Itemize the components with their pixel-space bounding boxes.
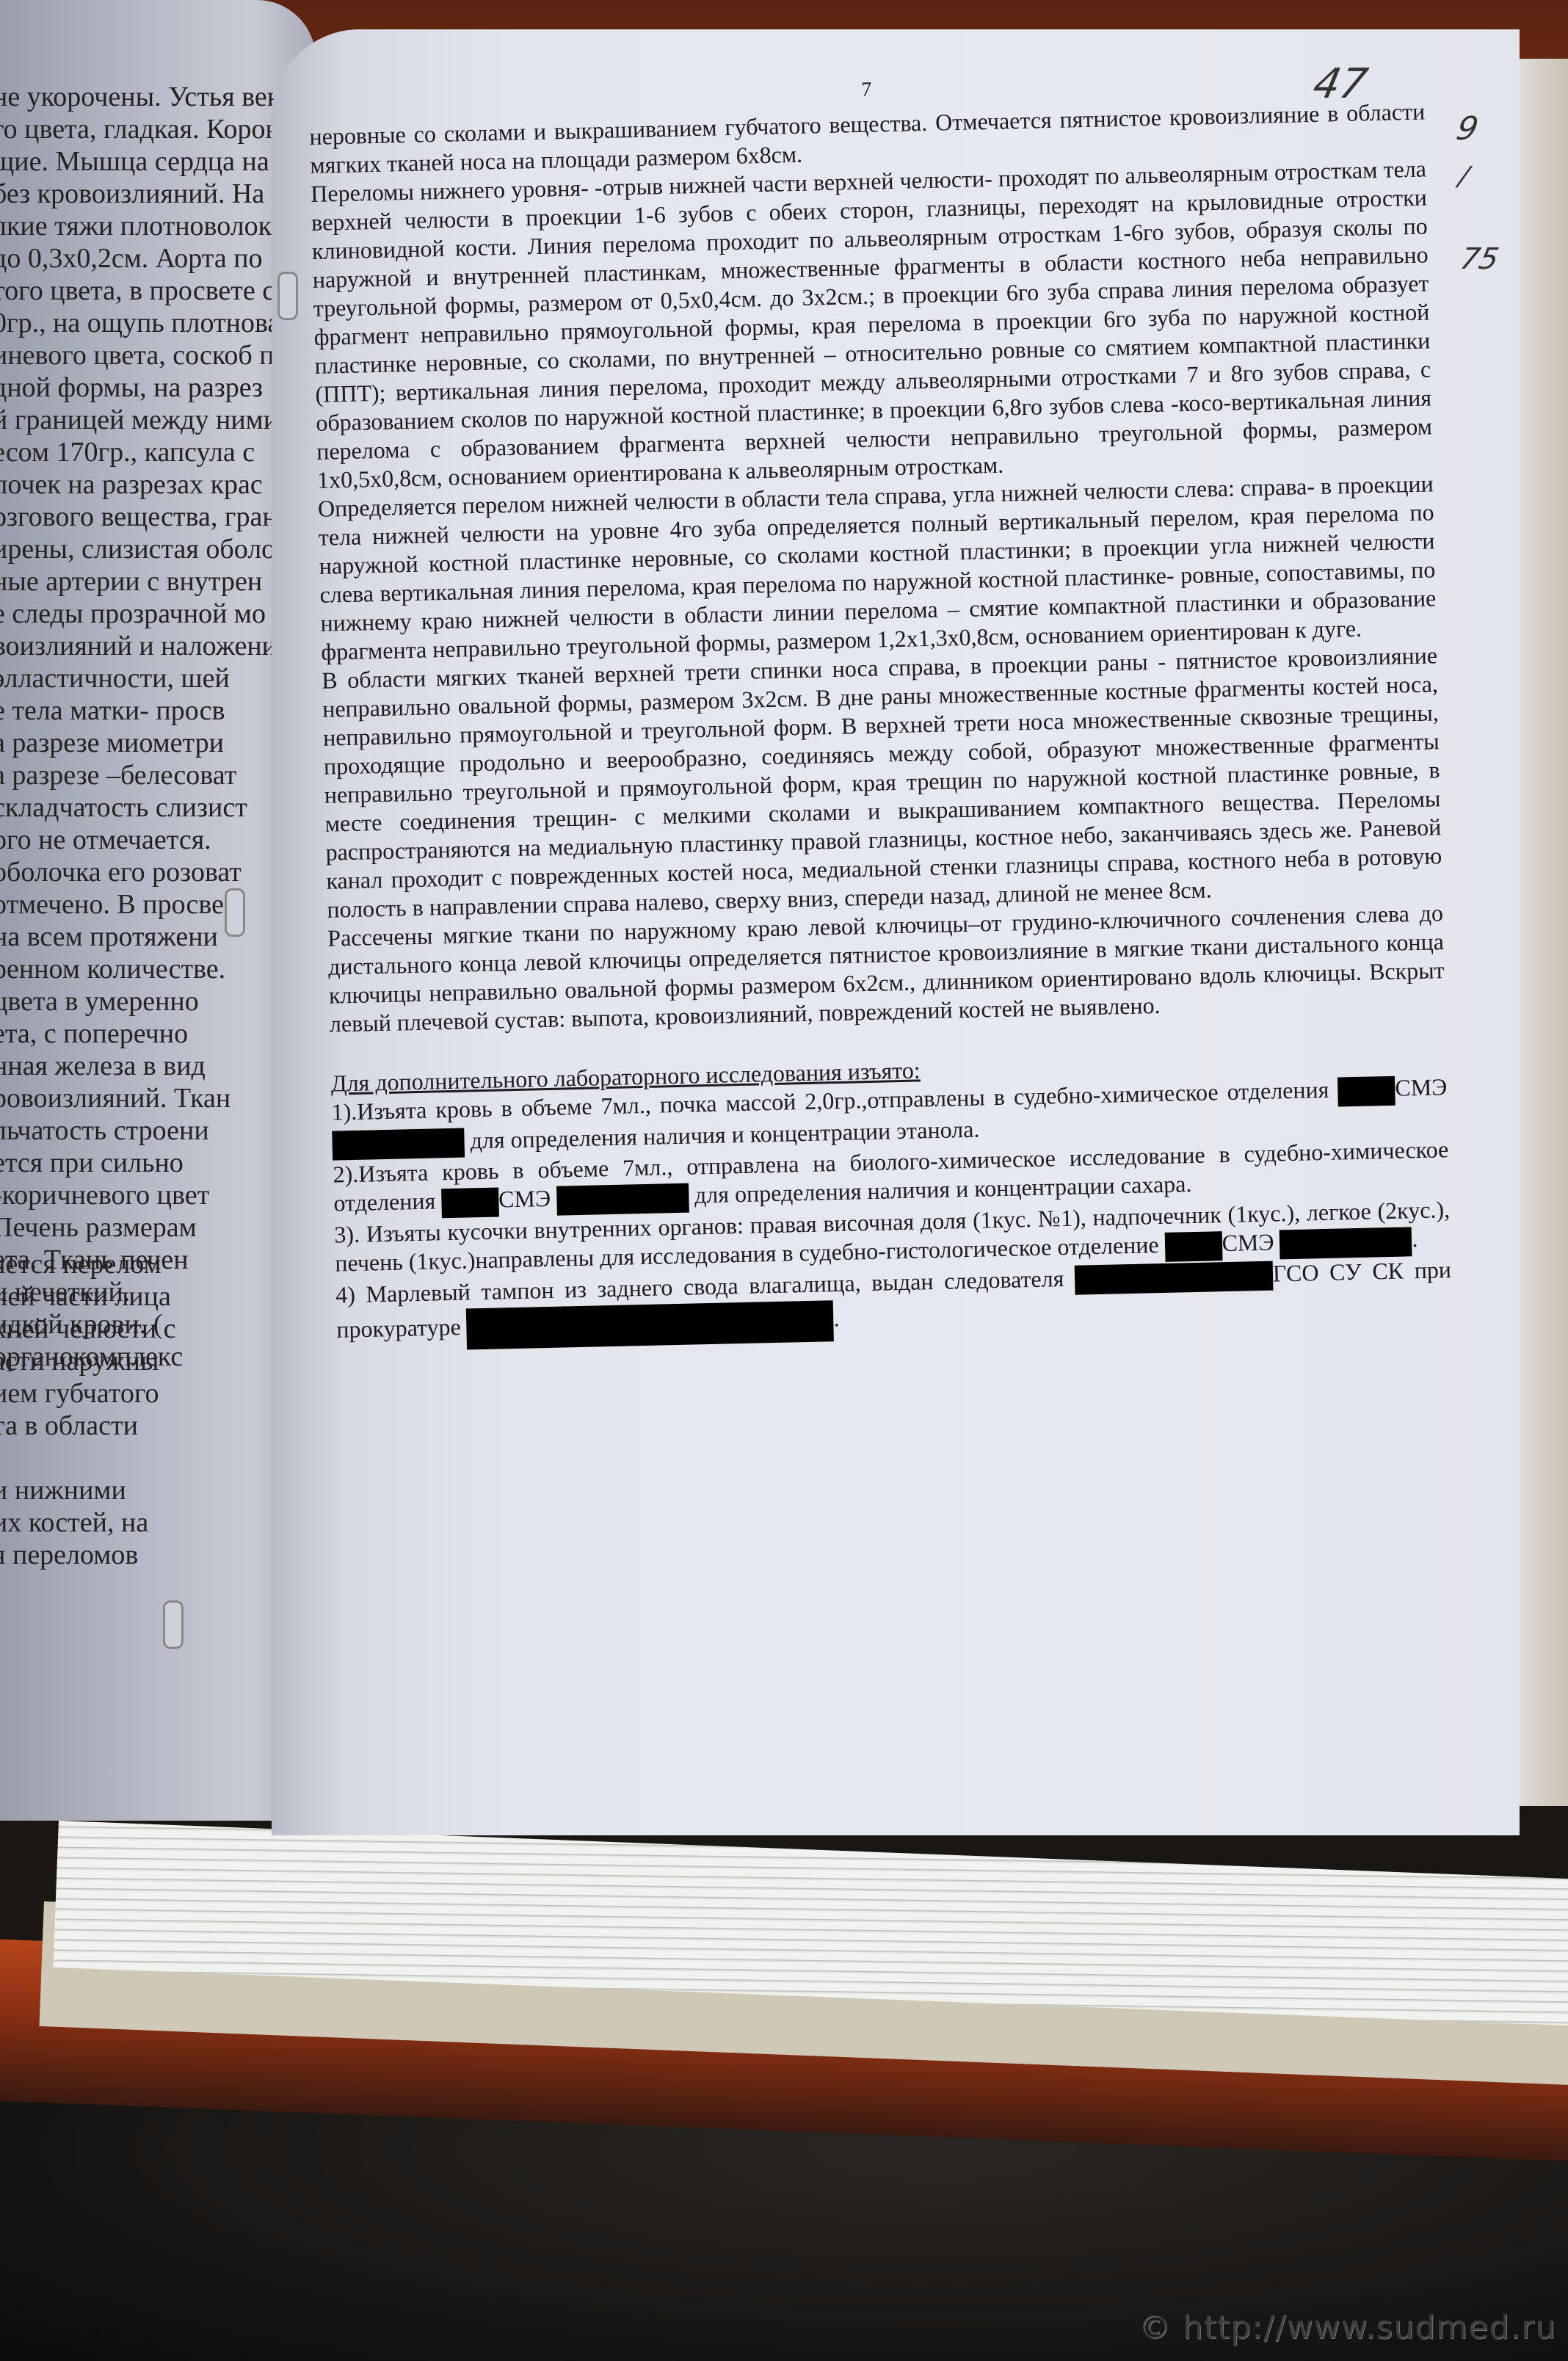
left-page-line: е тела матки- просв [0,694,286,727]
redaction-block [556,1183,689,1216]
left-page-line: ется при сильно [0,1147,286,1179]
document-body: 7 неровные со сколами и выкрашиванием гу… [308,63,1453,1353]
left-page-line: их костей, на [0,1506,286,1539]
paragraph: Определяется перелом нижней челюсти в об… [318,469,1437,666]
left-page-line: ого не отмечается. [0,824,286,856]
redaction-block [1337,1076,1395,1106]
left-page-line: и нижними [0,1474,286,1506]
binding-hole [225,888,245,937]
left-page-line: ней части лица [0,1280,286,1313]
left-page-line: оболочка его розоват [0,856,286,888]
left-page-line: есом 170гр., капсула с [0,436,286,468]
left-page-line: хней челюсти с [0,1313,286,1345]
lab-item-text: . [1412,1225,1418,1252]
lab-item-text: . [833,1305,840,1332]
left-page-line: щие. Мышца сердца на разр [0,145,286,178]
left-page-line: -коричневого цвет [0,1179,286,1211]
left-page: не укорочены. Устья венечго цвета, гладк… [0,0,316,1821]
left-page-text-top: не укорочены. Устья венечго цвета, гладк… [0,81,286,1373]
left-page-line: го цвета, гладкая. Коронар [0,113,286,145]
left-page-line: до 0,3х0,2см. Аорта по [0,242,286,275]
left-page-line: й границей между ними, [0,404,286,436]
left-page-line: лкие тяжи плотноволокнис [0,210,286,242]
redaction-block [466,1300,834,1349]
redaction-block [332,1128,465,1161]
left-page-line: а разрезе миометри [0,727,286,759]
left-page-line: без кровоизлияний. На разр [0,178,286,210]
left-page-line: дной формы, на разрез [0,371,286,404]
left-page-line: озгового вещества, грани [0,501,286,533]
left-page-line: того цвета, в просвете сл [0,275,286,307]
left-page-line: элластичности, шей [0,662,286,694]
left-page-line: я переломов [0,1539,286,1571]
left-page-line: яется перелом [0,1248,286,1280]
left-page-line: иневого цвета, соскоб пул [0,339,286,371]
left-page-line: нная железа в вид [0,1050,286,1082]
binding-hole [277,272,298,320]
lab-item-text: СМЭ [498,1185,551,1213]
left-page-line: почек на разрезах крас [0,468,286,501]
left-page-line [0,1442,286,1474]
paragraph: Рассечены мягкие ткани по наружному краю… [327,899,1445,1038]
left-page-line: ные артерии с внутрен [0,565,286,598]
left-page-line: льчатость строени [0,1114,286,1147]
left-page-line: та в области [0,1410,286,1442]
left-page-line: не укорочены. Устья венеч [0,81,286,113]
watermark: © http://www.sudmed.ru [1139,2309,1556,2346]
paragraph: В области мягких тканей верхней трети сп… [322,641,1443,924]
lab-item-text: СМЭ [1222,1229,1274,1257]
left-page-line: воизлияний и наложени [0,630,286,662]
left-page-line: асти наружны [0,1345,286,1377]
redaction-block [1164,1231,1222,1262]
left-page-line: цвета в умеренно [0,985,286,1018]
left-page-text-bottom: яется переломней части лицахней челюсти … [0,1248,286,1571]
left-page-line: ровоизлияний. Ткан [0,1082,286,1114]
left-page-line: складчатость слизист [0,791,286,824]
left-page-line: е следы прозрачной мо [0,598,286,630]
paragraph: Переломы нижнего уровня- -отрыв нижней ч… [311,154,1433,494]
lab-item-text: СМЭ [1395,1073,1448,1101]
redaction-block [1280,1227,1412,1259]
left-page-line: ренном количестве. [0,953,286,985]
left-page-line: а разрезе –белесоват [0,759,286,791]
redaction-block [441,1187,499,1218]
margin-mark: 75 [1457,242,1502,276]
binding-hole [163,1600,184,1649]
left-page-line: ием губчатого [0,1377,286,1410]
left-page-line: 0гр., на ощупь плотнова [0,307,286,339]
redaction-block [1075,1261,1274,1295]
left-page-line: Печень размерам [0,1211,286,1244]
left-page-line: ирены, слизистая оболо [0,533,286,565]
left-page-line: ета, с поперечно [0,1018,286,1050]
